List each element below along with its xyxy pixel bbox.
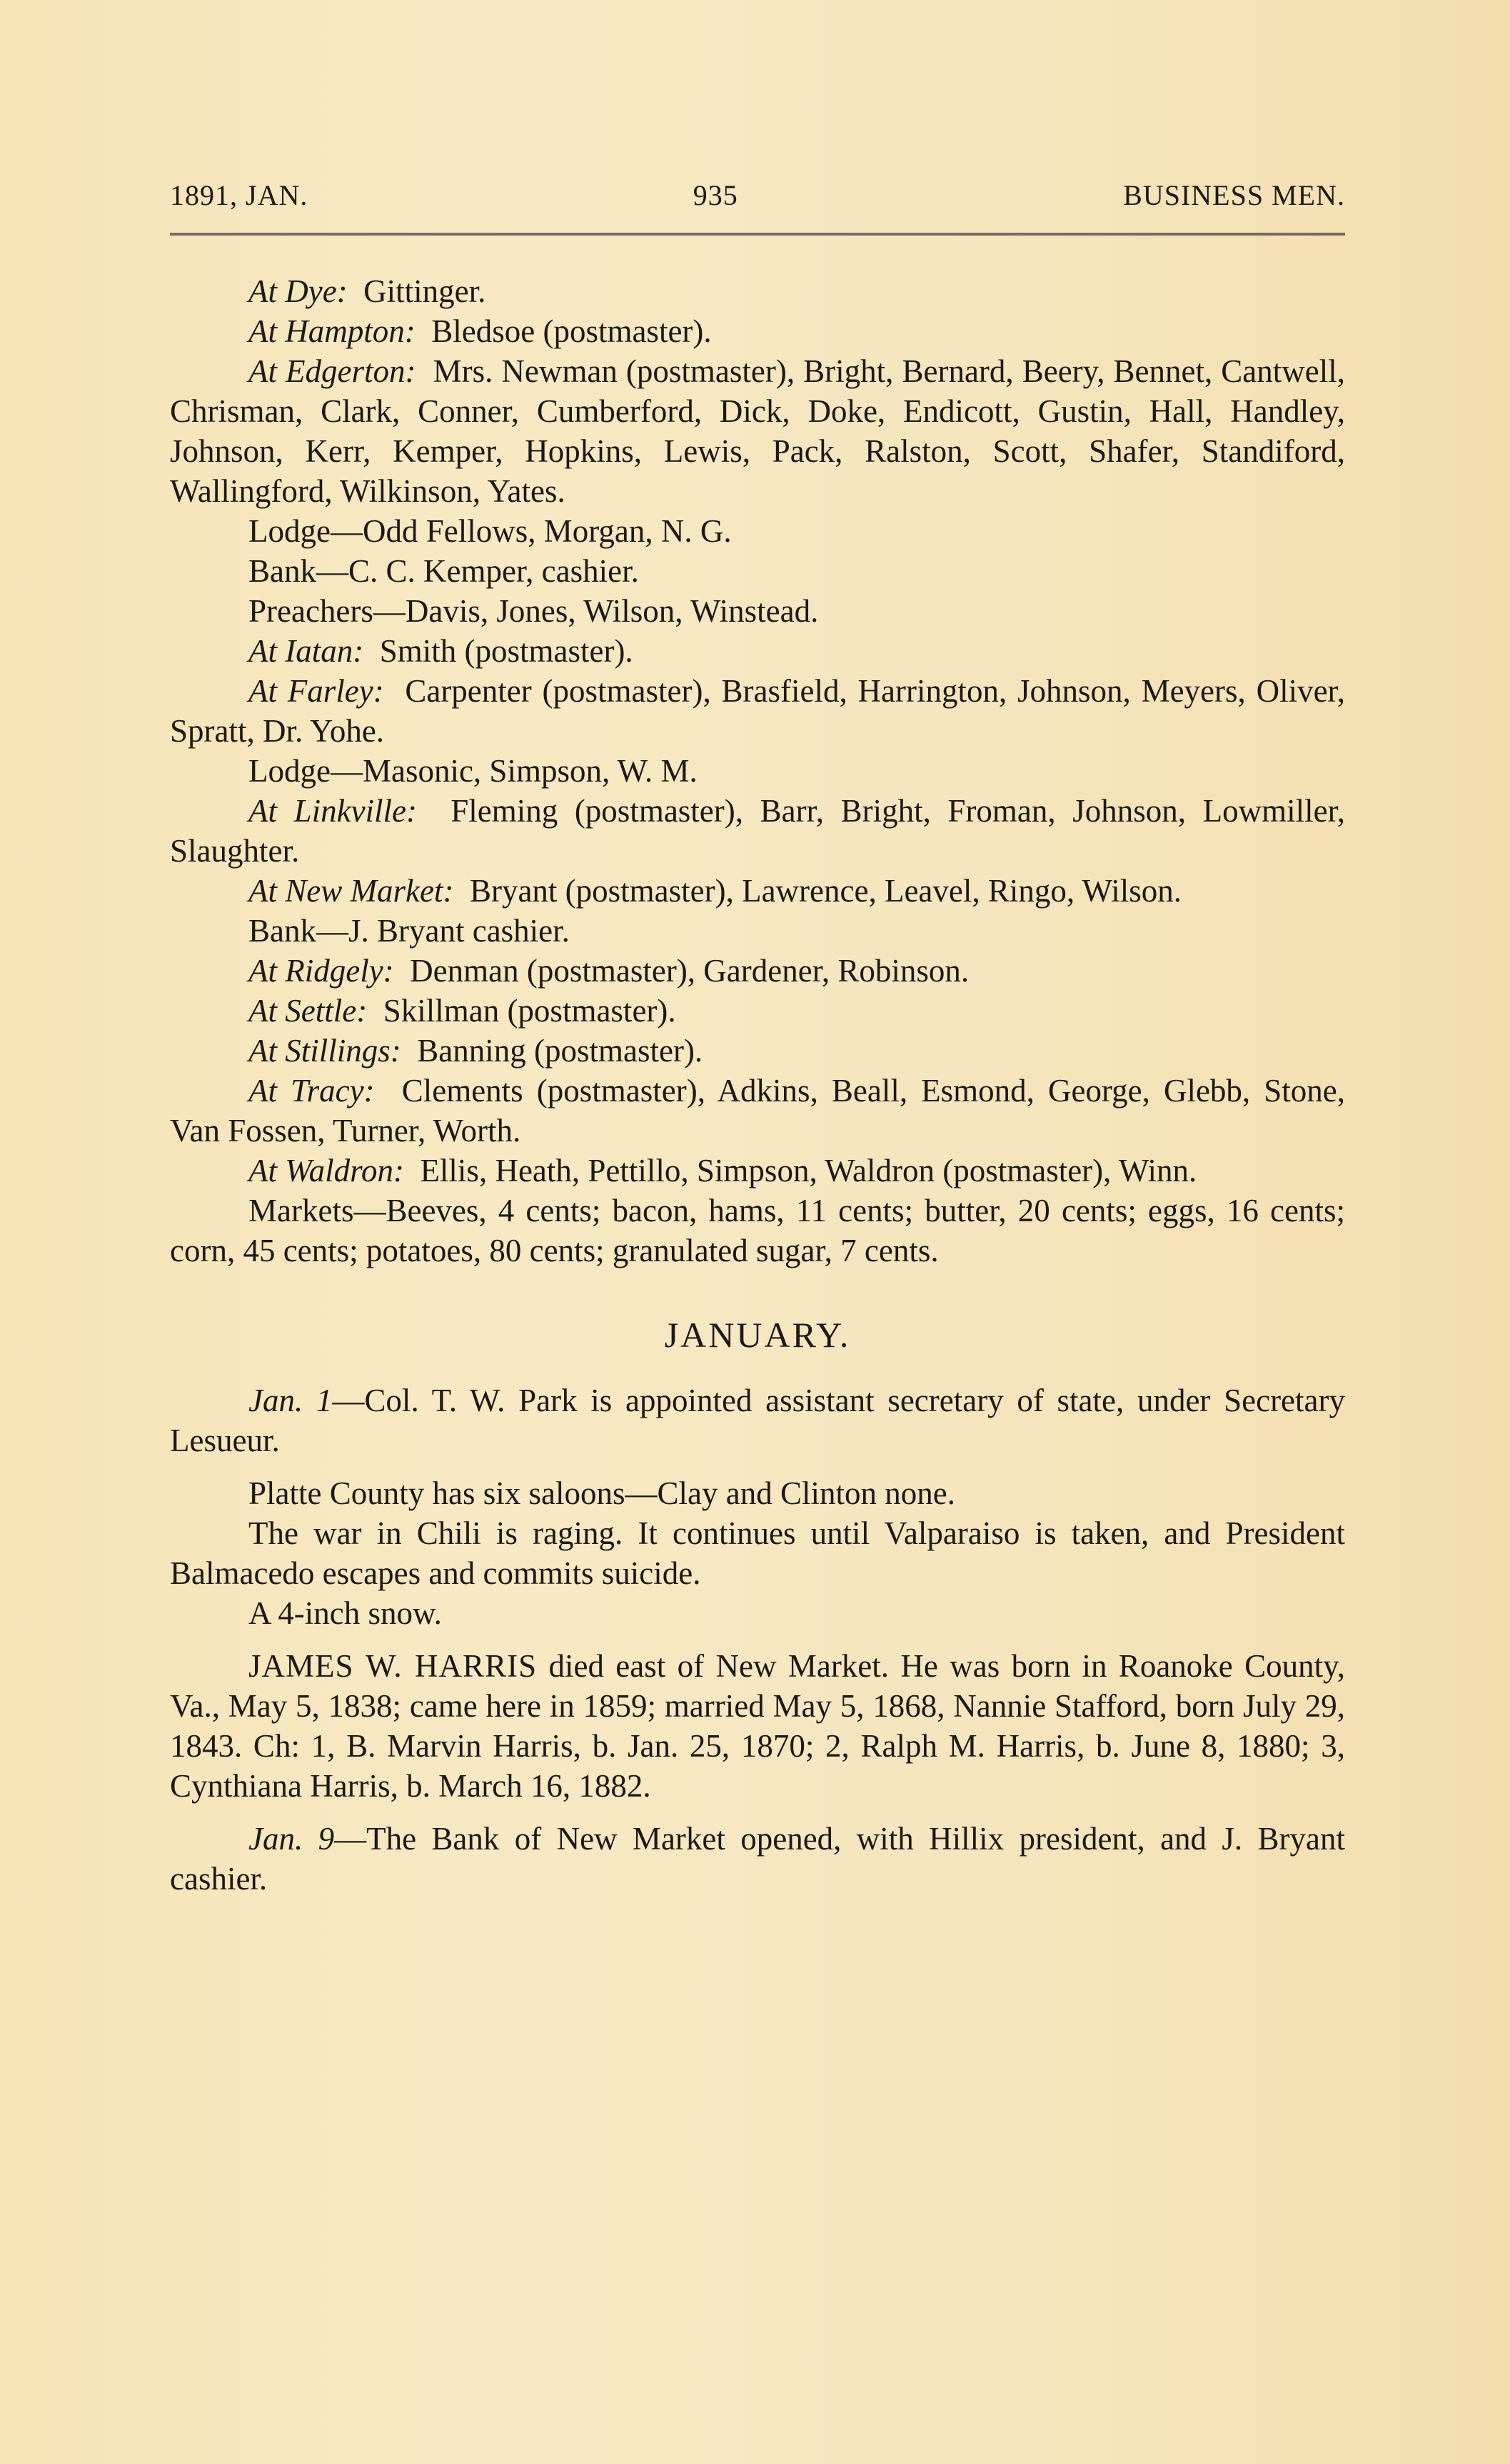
directory-entry-new-market: At New Market: Bryant (postmaster), Lawr… (170, 871, 1345, 911)
entry-snow: A 4-inch snow. (170, 1593, 1345, 1633)
place-names: Gittinger. (363, 273, 485, 309)
place-names: Bryant (postmaster), Lawrence, Leavel, R… (470, 873, 1182, 909)
directory-entry-waldron: At Waldron: Ellis, Heath, Pettillo, Simp… (170, 1151, 1345, 1191)
entry-date: Jan. 9 (248, 1821, 334, 1857)
directory-entry-settle: At Settle: Skillman (postmaster). (170, 991, 1345, 1031)
place-label: At Tracy: (248, 1073, 375, 1109)
directory-entry-ridgely: At Ridgely: Denman (postmaster), Gardene… (170, 951, 1345, 991)
place-label: At Edgerton: (248, 353, 416, 389)
bank-new-market: Bank—J. Bryant cashier. (170, 911, 1345, 951)
body-text: At Dye: Gittinger. At Hampton: Bledsoe (… (170, 271, 1345, 1899)
place-names: Smith (postmaster). (380, 633, 633, 669)
running-head: 1891, JAN. 935 BUSINESS MEN. (170, 178, 1345, 214)
place-label: At Ridgely: (248, 953, 394, 989)
directory-entry-linkville: At Linkville: Fleming (postmaster), Barr… (170, 791, 1345, 871)
entry-jan-1: Jan. 1—Col. T. W. Park is appointed assi… (170, 1380, 1345, 1460)
directory-entry-edgerton: At Edgerton: Mrs. Newman (postmaster), B… (170, 351, 1345, 511)
bank-edgerton: Bank—C. C. Kemper, cashier. (170, 551, 1345, 591)
entry-date: Jan. 1 (248, 1383, 332, 1418)
market-prices: Markets—Beeves, 4 cents; bacon, hams, 11… (170, 1191, 1345, 1271)
page-number: 935 (693, 178, 738, 212)
directory-entry-dye: At Dye: Gittinger. (170, 271, 1345, 311)
place-label: At Stillings: (248, 1033, 401, 1069)
header-rule (170, 233, 1345, 236)
person-name: JAMES W. HARRIS (248, 1648, 537, 1684)
entry-text: —The Bank of New Market opened, with Hil… (170, 1821, 1345, 1897)
preachers-edgerton: Preachers—Davis, Jones, Wilson, Winstead… (170, 591, 1345, 631)
place-label: At Hampton: (248, 313, 416, 349)
place-label: At Farley: (248, 673, 384, 709)
directory-entry-farley: At Farley: Carpenter (postmaster), Brasf… (170, 671, 1345, 751)
entry-saloons: Platte County has six saloons—Clay and C… (170, 1473, 1345, 1513)
entry-text: —Col. T. W. Park is appointed assistant … (170, 1383, 1345, 1458)
lodge-odd-fellows: Lodge—Odd Fellows, Morgan, N. G. (170, 511, 1345, 551)
place-names: Ellis, Heath, Pettillo, Simpson, Waldron… (420, 1153, 1197, 1188)
place-label: At Waldron: (248, 1153, 404, 1188)
directory-entry-iatan: At Iatan: Smith (postmaster). (170, 631, 1345, 671)
directory-entry-hampton: At Hampton: Bledsoe (postmaster). (170, 311, 1345, 351)
directory-entry-stillings: At Stillings: Banning (postmaster). (170, 1031, 1345, 1071)
place-label: At Settle: (248, 993, 367, 1029)
place-label: At Iatan: (248, 633, 363, 669)
section-heading-january: JANUARY. (170, 1313, 1345, 1356)
place-label: At Dye: (248, 273, 348, 309)
place-label: At Linkville: (248, 793, 417, 829)
place-names: Denman (postmaster), Gardener, Robinson. (410, 953, 969, 989)
book-page: 1891, JAN. 935 BUSINESS MEN. At Dye: Git… (170, 178, 1345, 1899)
entry-jan-9: Jan. 9—The Bank of New Market opened, wi… (170, 1819, 1345, 1899)
entry-harris-obituary: JAMES W. HARRIS died east of New Market.… (170, 1646, 1345, 1806)
place-names: Skillman (postmaster). (383, 993, 676, 1029)
place-names: Bledsoe (postmaster). (431, 313, 711, 349)
directory-entry-tracy: At Tracy: Clements (postmaster), Adkins,… (170, 1071, 1345, 1151)
running-head-section: BUSINESS MEN. (1123, 178, 1345, 212)
place-label: At New Market: (248, 873, 453, 909)
entry-chili-war: The war in Chili is raging. It continues… (170, 1513, 1345, 1593)
lodge-masonic: Lodge—Masonic, Simpson, W. M. (170, 751, 1345, 791)
place-names: Banning (postmaster). (417, 1033, 703, 1069)
running-head-date: 1891, JAN. (170, 178, 308, 212)
